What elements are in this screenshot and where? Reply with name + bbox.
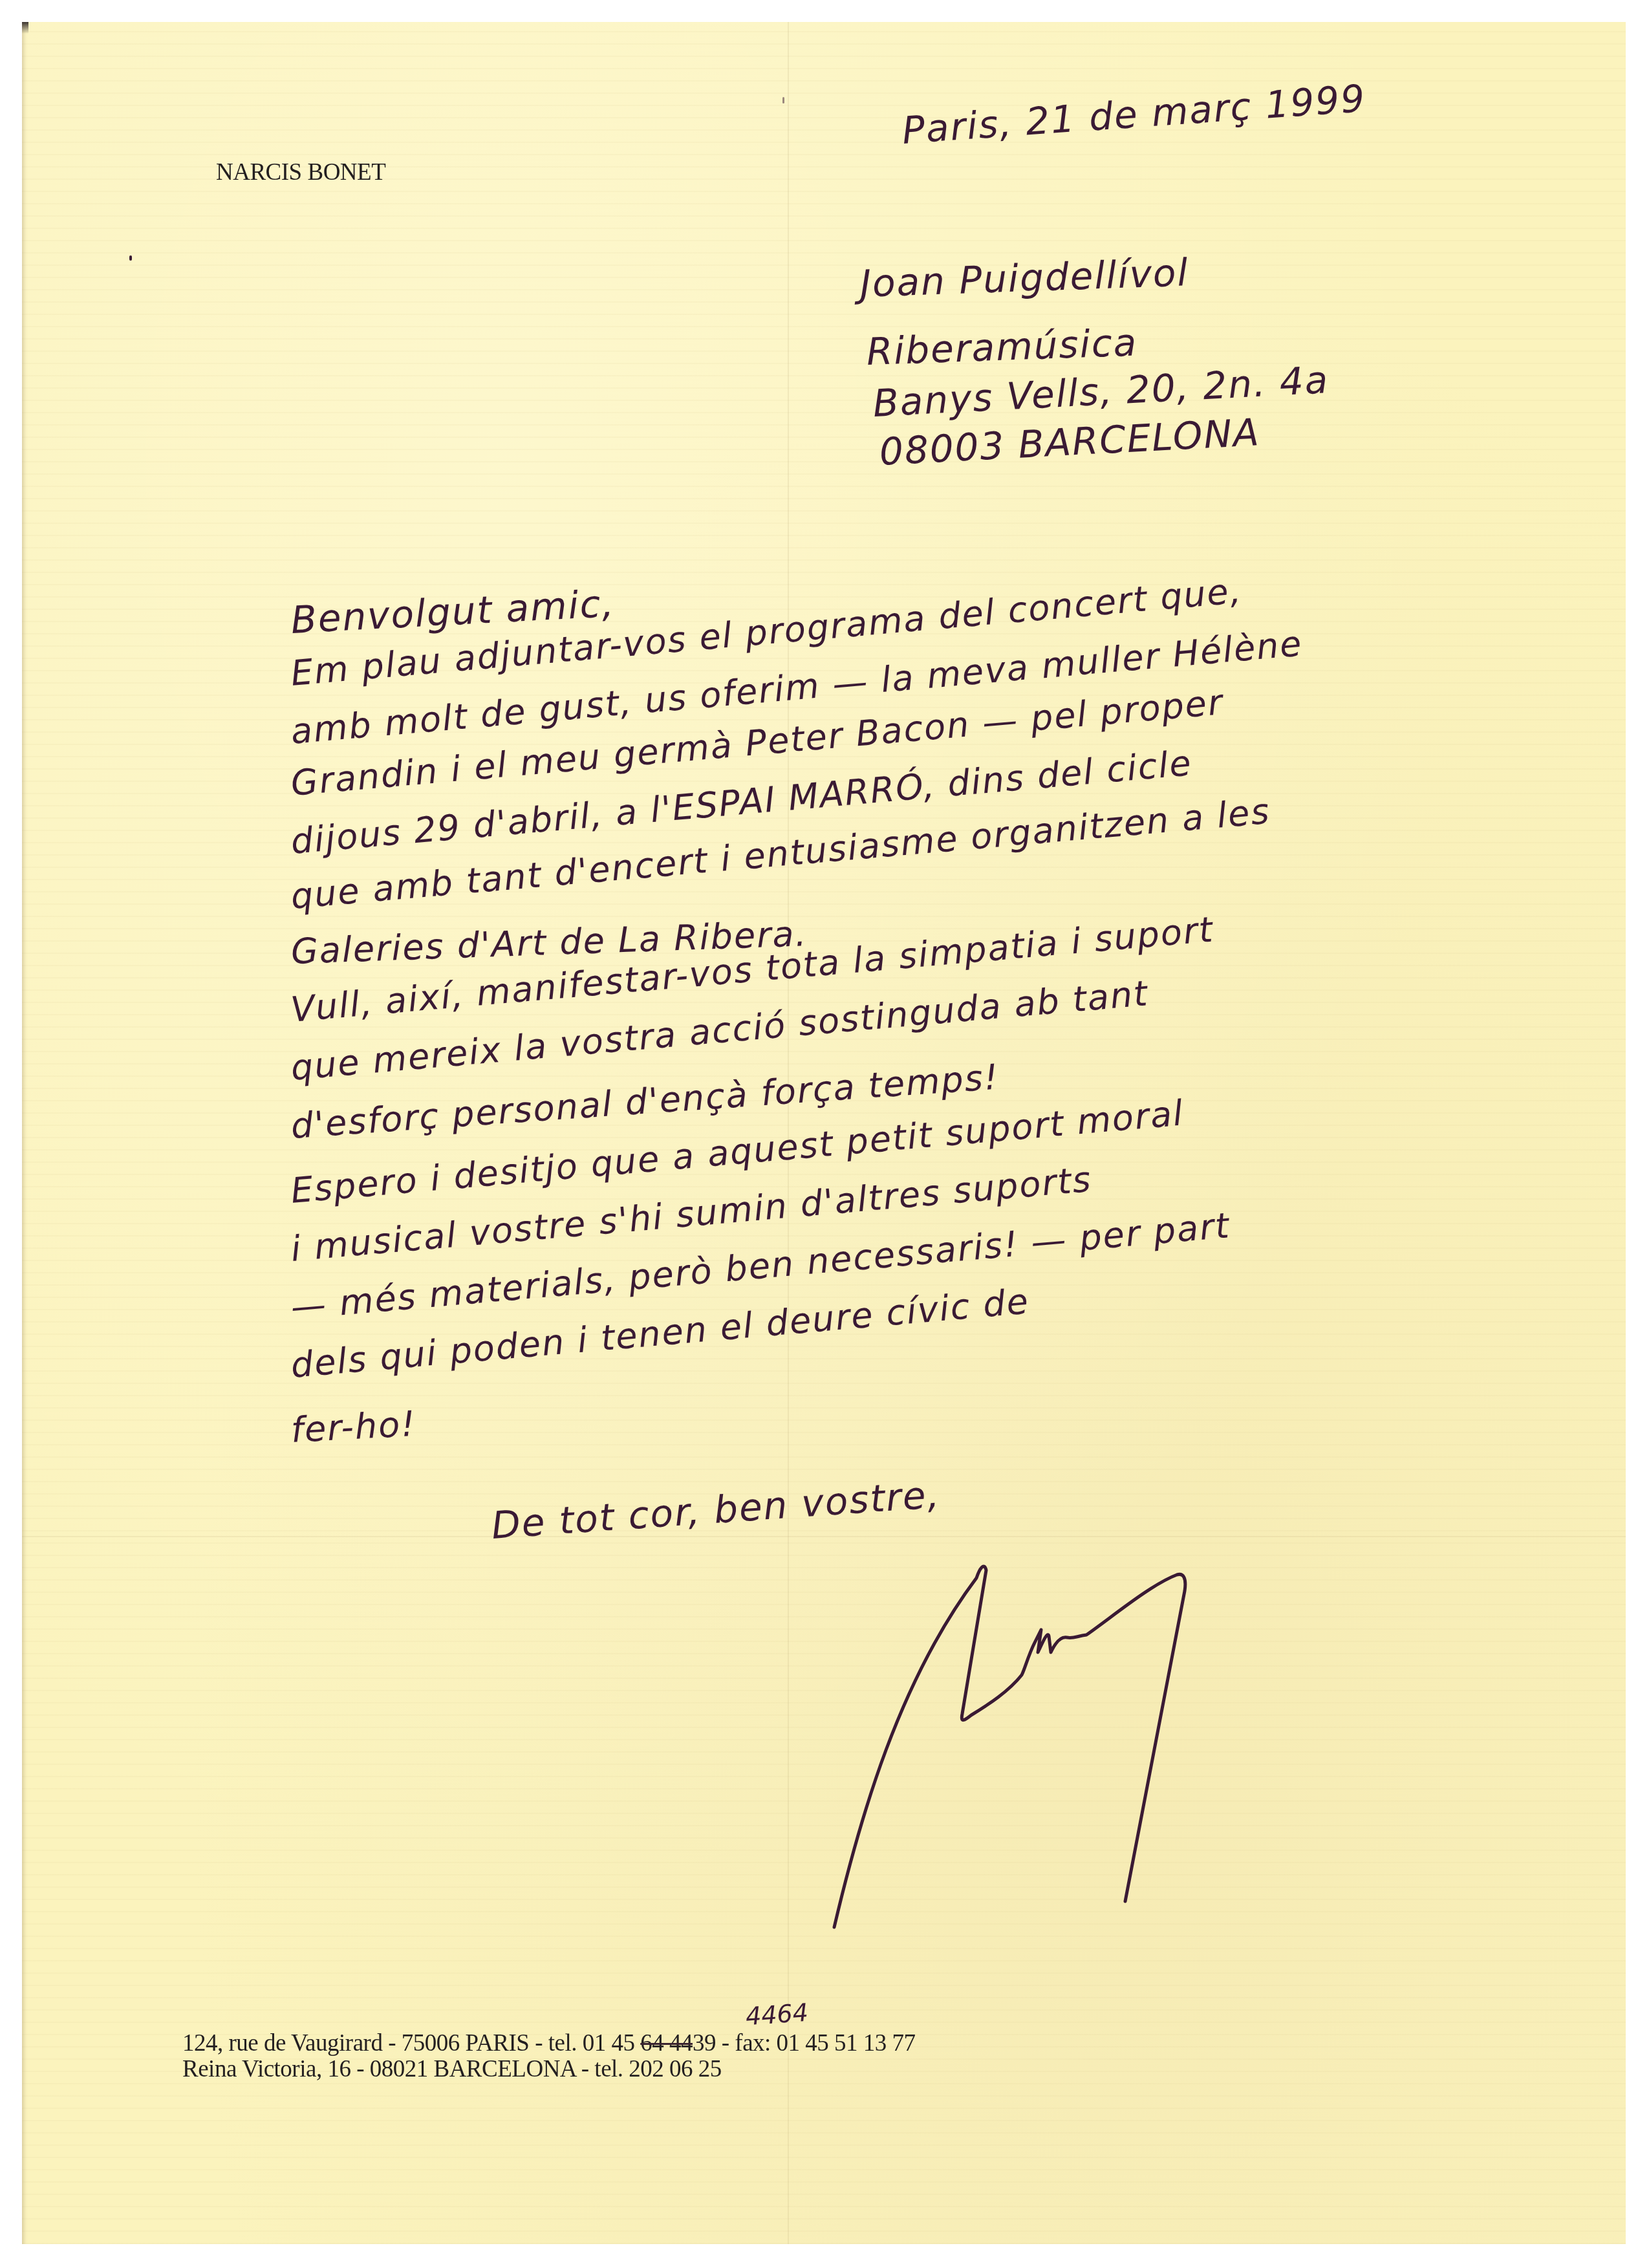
stray-mark [129,255,132,261]
fold-line-horizontal [22,1536,1626,1537]
body-line: fer-ho! [290,1403,417,1451]
footer-paris-address: 124, rue de Vaugirard - 75006 PARIS - te… [182,2029,916,2057]
footer-paris-prefix: 124, rue de Vaugirard - 75006 PARIS - te… [182,2030,640,2057]
footer-struck-number: 64 44 [640,2030,693,2057]
footer-paris-suffix: 39 - fax: 01 45 51 13 77 [693,2030,916,2057]
phone-correction: 4464 [745,1998,810,2031]
footer-barcelona-address: Reina Victoria, 16 - 08021 BARCELONA - t… [182,2055,722,2083]
paper-corner-shadow [22,22,28,34]
signature-icon [815,1539,1397,1940]
letterhead-name: NARCIS BONET [216,158,385,186]
stray-mark [782,97,784,103]
